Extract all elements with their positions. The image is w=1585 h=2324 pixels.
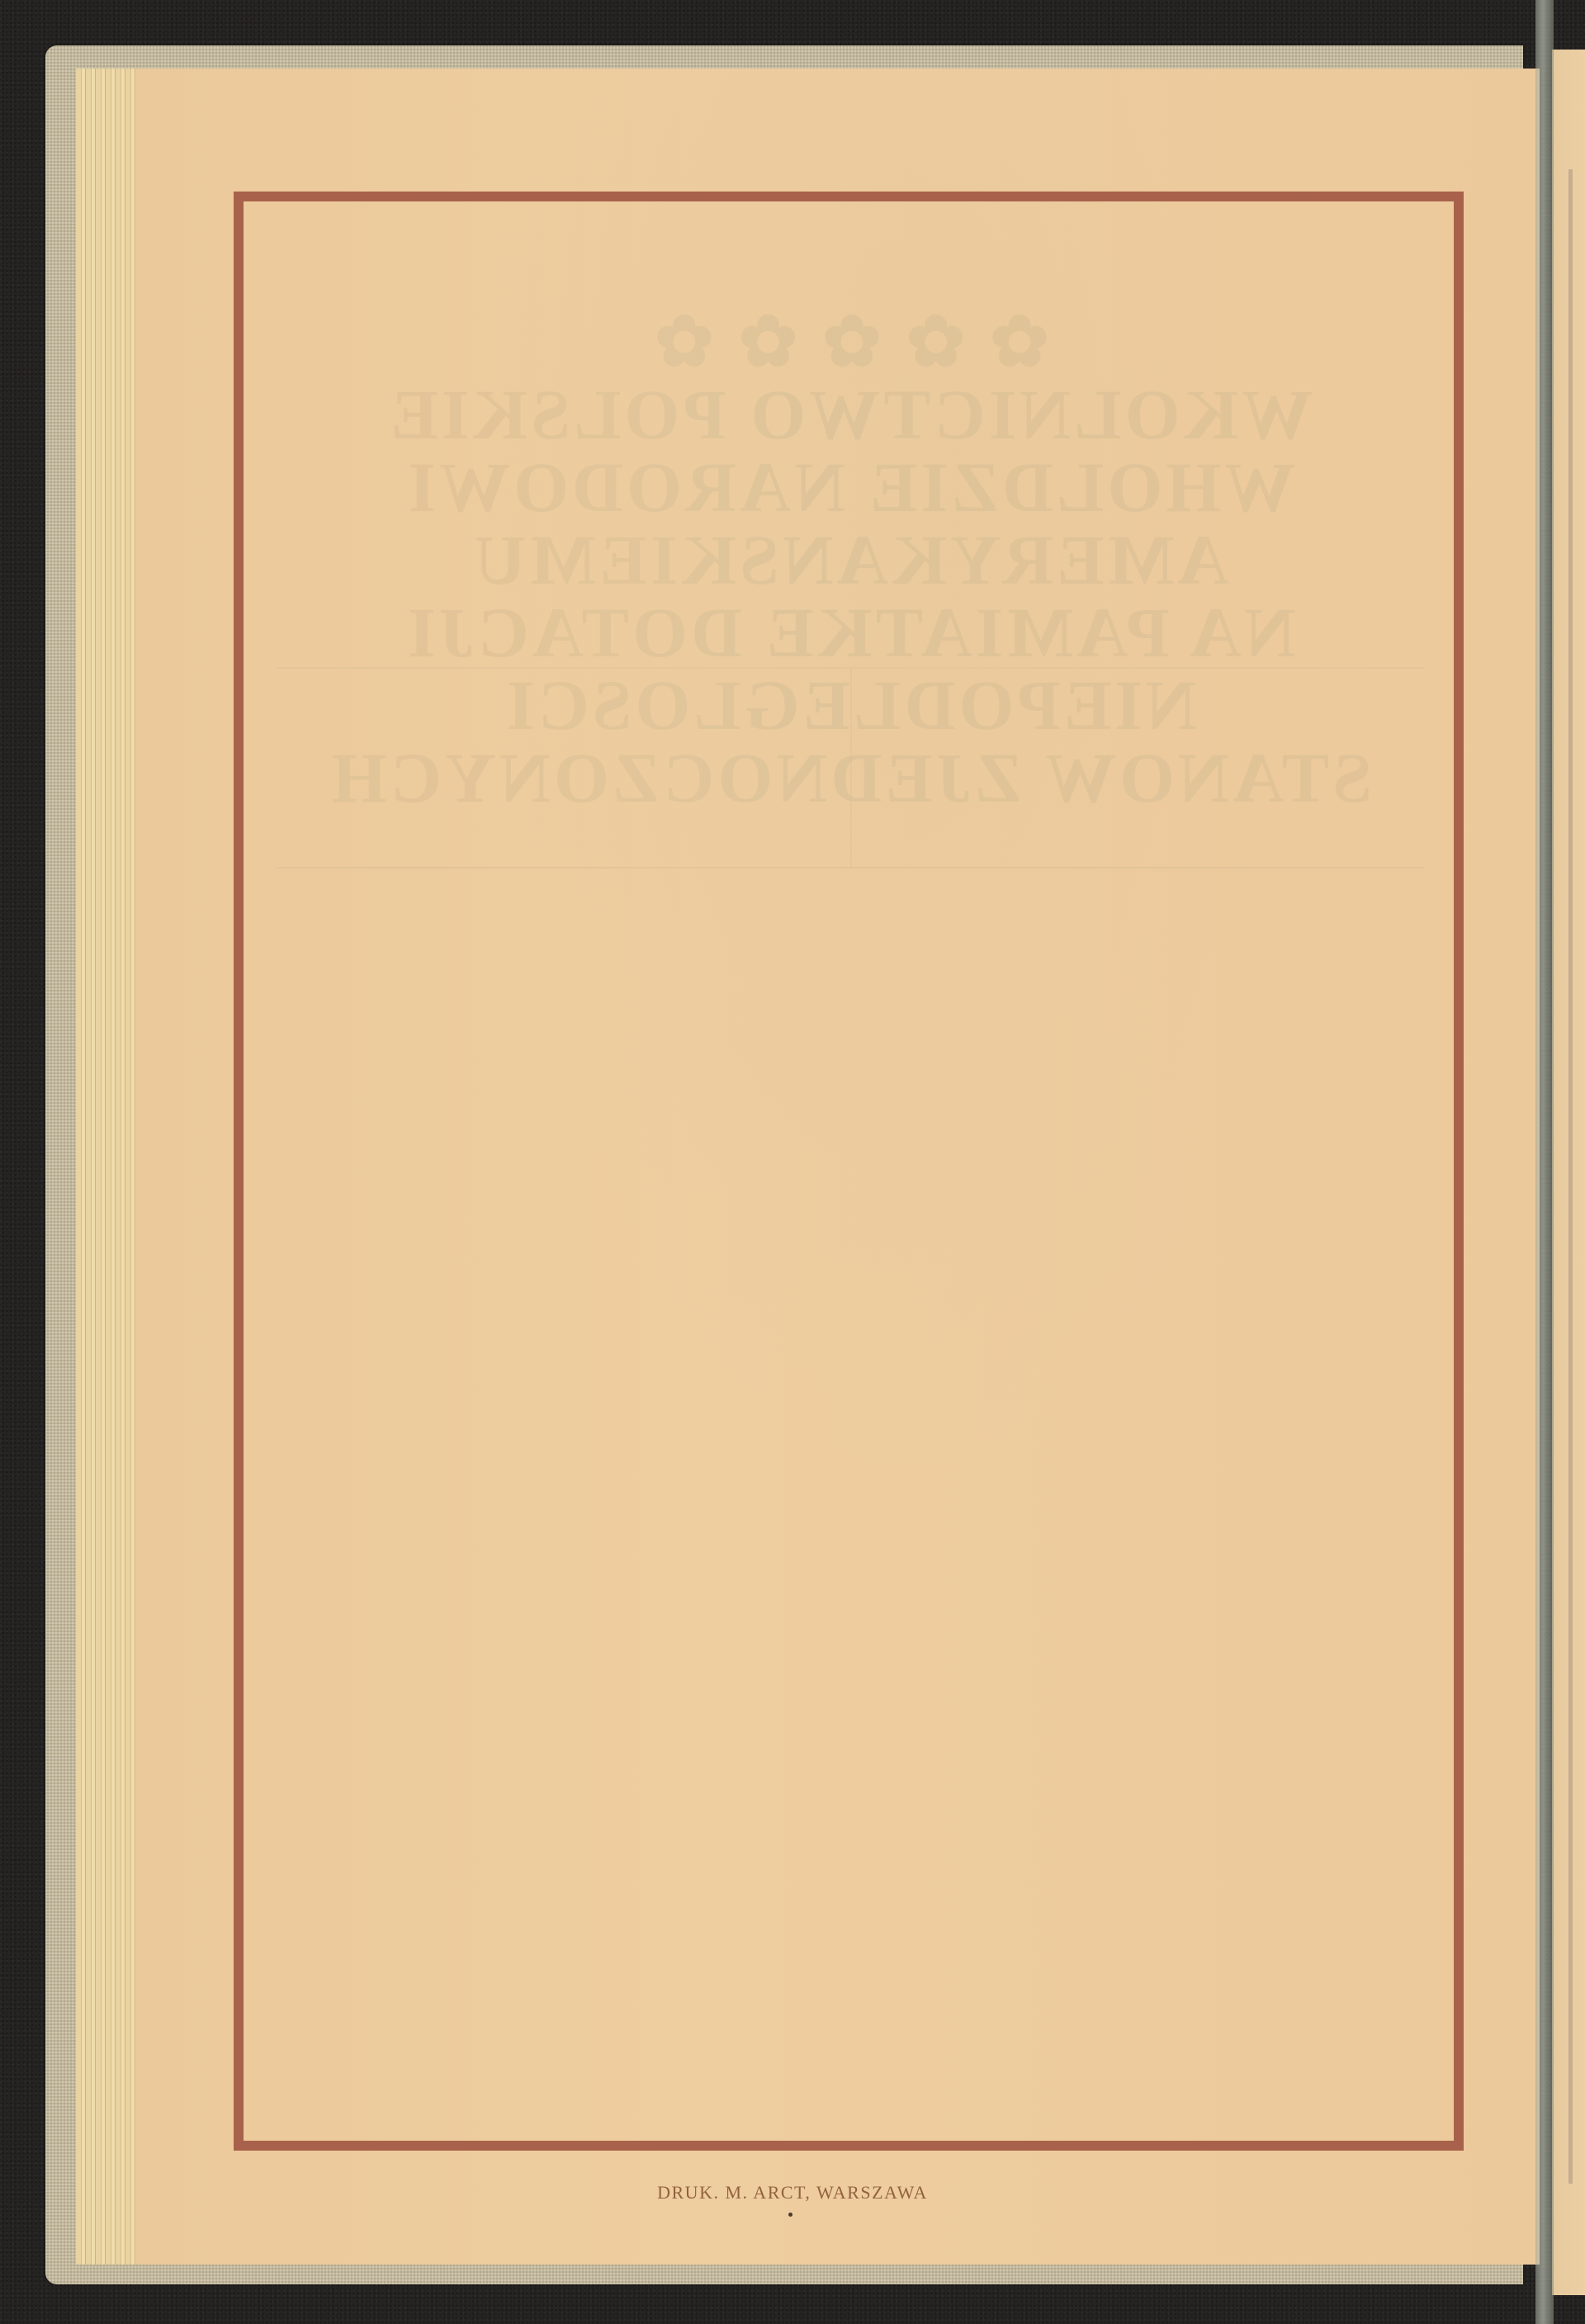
page-stack-edges	[76, 69, 137, 2265]
scanner-glass-edge	[1535, 0, 1554, 2324]
decorative-frame	[234, 192, 1464, 2151]
facing-page-frame	[1568, 169, 1585, 2184]
printer-imprint: DRUK. M. ARCT, WARSZAWA	[0, 2182, 1585, 2203]
paper-speck	[788, 2213, 792, 2217]
